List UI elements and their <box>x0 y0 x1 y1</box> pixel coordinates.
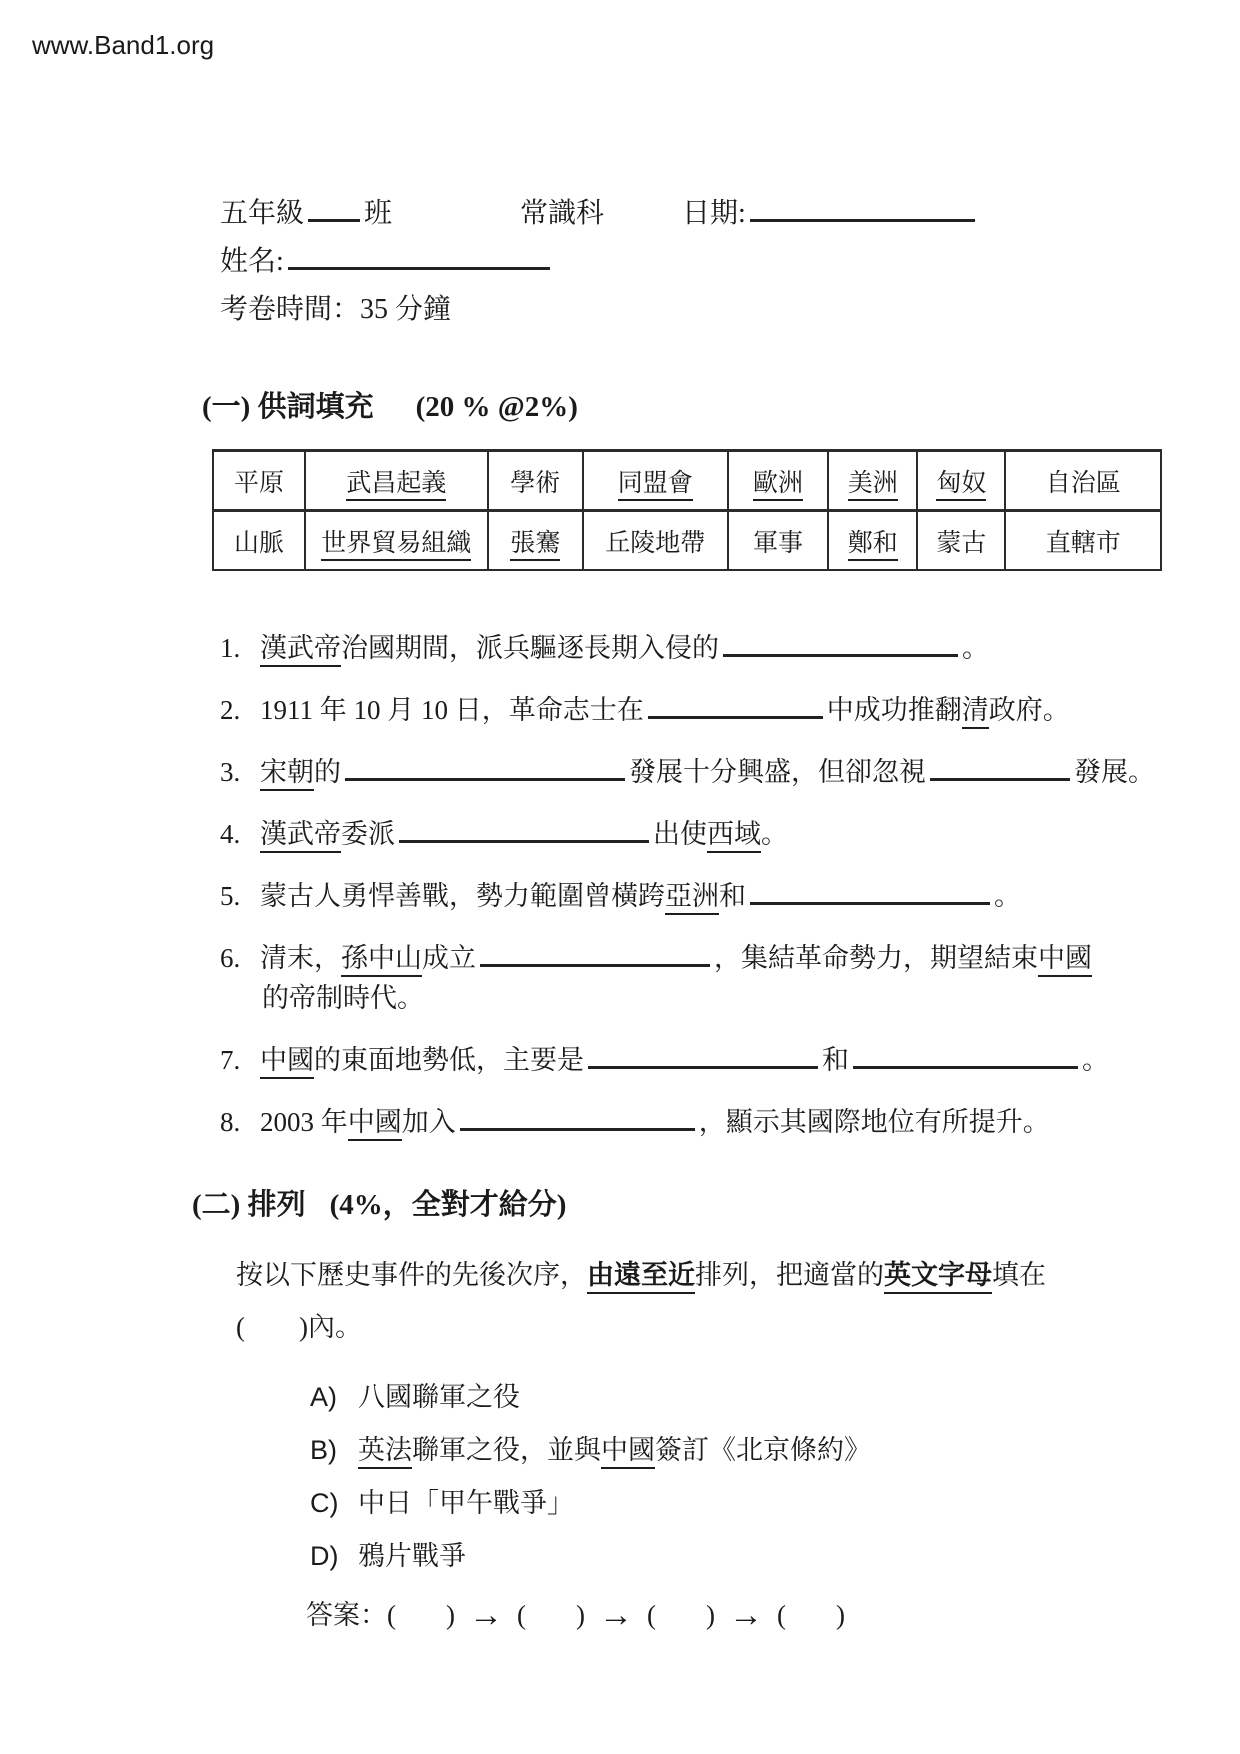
fill-blank <box>648 689 823 719</box>
question-list: 1.漢武帝治國期間，派兵驅逐長期入侵的。 2.1911 年 10 月 10 日，… <box>220 627 1180 1142</box>
word-bank-row: 平原 武昌起義 學術 同盟會 歐洲 美洲 匈奴 自治區 <box>213 451 1161 511</box>
word-bank-table: 平原 武昌起義 學術 同盟會 歐洲 美洲 匈奴 自治區 山脈 世界貿易組織 張騫… <box>212 449 1162 571</box>
subject-label: 常識科 <box>520 198 604 229</box>
question-continuation: 的帝制時代。 <box>262 978 1180 1018</box>
question-text: 清末， <box>260 943 341 973</box>
fill-blank <box>588 1039 818 1069</box>
question-text: 。 <box>962 633 989 663</box>
arrow-icon: → <box>469 1597 503 1634</box>
question-row: 2.1911 年 10 月 10 日，革命志士在中成功推翻清政府。 <box>220 689 1180 730</box>
section1-heading: (一) 供詞填充(20 % @2%) <box>202 384 1180 425</box>
word-bank-cell: 鄭和 <box>828 511 917 571</box>
class-fill-blank <box>308 191 360 222</box>
word: 同盟會 <box>618 470 693 501</box>
answer-line: 答案：()→()→()→() <box>306 1593 1180 1635</box>
name-fill-blank <box>288 239 550 270</box>
paren-close: ) <box>706 1600 715 1630</box>
paren-close: ) <box>446 1600 455 1630</box>
word-bank-cell: 同盟會 <box>583 451 728 511</box>
word: 世界貿易組織 <box>321 530 471 561</box>
word: 平原 <box>234 470 284 497</box>
option-row: D)鴉片戰爭 <box>310 1530 1180 1583</box>
word-bank-cell: 歐洲 <box>728 451 828 511</box>
question-text: ，集結革命勢力，期望結束 <box>714 943 1038 973</box>
question-text: 的東面地勢低，主要是 <box>314 1045 584 1075</box>
term: 清 <box>962 695 989 729</box>
word-bank-cell: 直轄市 <box>1005 511 1161 571</box>
date-fill-blank <box>750 191 975 222</box>
word: 張騫 <box>510 530 560 561</box>
term: 亞洲 <box>665 881 719 915</box>
fill-blank <box>723 627 958 657</box>
question-number: 6. <box>220 938 260 978</box>
word: 直轄市 <box>1046 530 1121 557</box>
instruction-text: 排列，把適當的 <box>695 1260 884 1290</box>
term: 中國 <box>348 1107 402 1141</box>
question-row: 3.宋朝的發展十分興盛，但卻忽視發展。 <box>220 751 1180 792</box>
question-row: 5.蒙古人勇悍善戰，勢力範圍曾橫跨亞洲和。 <box>220 875 1180 916</box>
word-bank-cell: 丘陵地帶 <box>583 511 728 571</box>
duration-label: 考卷時間：35 分鐘 <box>220 294 451 325</box>
term: 西域 <box>707 819 761 853</box>
question-number: 4. <box>220 814 260 854</box>
word-bank-cell: 學術 <box>488 451 583 511</box>
option-term: 英法 <box>358 1435 412 1469</box>
option-label: D) <box>310 1530 358 1583</box>
header-line-2: 姓名: <box>220 238 1180 286</box>
option-row: A)八國聯軍之役 <box>310 1371 1180 1424</box>
section1-score: (20 % @2%) <box>416 391 578 423</box>
question-number: 3. <box>220 752 260 792</box>
option-text: 八國聯軍之役 <box>358 1382 520 1412</box>
word: 鄭和 <box>848 530 898 561</box>
term: 漢武帝 <box>260 633 341 667</box>
question-text: ，顯示其國際地位有所提升。 <box>699 1107 1050 1137</box>
question-row: 4.漢武帝委派出使西域。 <box>220 813 1180 854</box>
word: 學術 <box>510 470 560 497</box>
question-text: 。 <box>761 819 788 849</box>
option-text: 鴉片戰爭 <box>358 1541 466 1571</box>
paren-open: ( <box>777 1600 786 1630</box>
word-bank-cell: 世界貿易組織 <box>305 511 488 571</box>
watermark: www.Band1.org <box>32 30 214 61</box>
term: 宋朝 <box>260 757 314 791</box>
header-line-3: 考卷時間：35 分鐘 <box>220 286 1180 334</box>
section2-instruction: 按以下歷史事件的先後次序，由遠至近排列，把適當的英文字母填在 ( )內。 <box>236 1249 1180 1353</box>
question-text: 成立 <box>422 943 476 973</box>
option-text: 中日「甲午戰爭」 <box>358 1488 574 1518</box>
name-label: 姓名: <box>220 246 284 277</box>
word-bank-cell: 軍事 <box>728 511 828 571</box>
arrow-icon: → <box>729 1597 763 1634</box>
instruction-text: 填在 <box>992 1260 1046 1290</box>
option-row: C)中日「甲午戰爭」 <box>310 1477 1180 1530</box>
word: 軍事 <box>753 530 803 557</box>
option-text: 簽訂《北京條約》 <box>655 1435 871 1465</box>
option-label: B) <box>310 1424 358 1477</box>
paren-open: ( <box>517 1600 526 1630</box>
instruction-term: 英文字母 <box>884 1260 992 1294</box>
paren-close: ) <box>836 1600 845 1630</box>
word: 匈奴 <box>936 470 986 501</box>
word-bank-cell: 山脈 <box>213 511 305 571</box>
question-row: 7.中國的東面地勢低，主要是和。 <box>220 1039 1180 1080</box>
question-text: 出使 <box>653 819 707 849</box>
word-bank-row: 山脈 世界貿易組織 張騫 丘陵地帶 軍事 鄭和 蒙古 直轄市 <box>213 511 1161 571</box>
term: 孫中山 <box>341 943 422 977</box>
question-number: 1. <box>220 628 260 668</box>
term: 漢武帝 <box>260 819 341 853</box>
question-row: 8.2003 年中國加入，顯示其國際地位有所提升。 <box>220 1101 1180 1142</box>
section1-title: (一) 供詞填充 <box>202 391 374 423</box>
answer-slot: () <box>647 1600 715 1630</box>
question-text: 的 <box>314 757 341 787</box>
word: 歐洲 <box>753 470 803 501</box>
option-label: C) <box>310 1477 358 1530</box>
question-text: 發展十分興盛，但卻忽視 <box>629 757 926 787</box>
question-row: 1.漢武帝治國期間，派兵驅逐長期入侵的。 <box>220 627 1180 668</box>
question-text: 1911 年 10 月 10 日，革命志士在 <box>260 695 644 725</box>
word: 武昌起義 <box>346 470 446 501</box>
word: 山脈 <box>234 530 284 557</box>
term: 中國 <box>260 1045 314 1079</box>
answer-slot: () <box>517 1600 585 1630</box>
question-text: 治國期間，派兵驅逐長期入侵的 <box>341 633 719 663</box>
term: 中國 <box>1038 943 1092 977</box>
question-text: 2003 年 <box>260 1107 348 1137</box>
question-text: 。 <box>1082 1045 1109 1075</box>
question-text: 和 <box>822 1045 849 1075</box>
option-text: 聯軍之役，並與 <box>412 1435 601 1465</box>
question-text: 和 <box>719 881 746 911</box>
question-number: 7. <box>220 1040 260 1080</box>
option-term: 中國 <box>601 1435 655 1469</box>
answer-slot: () <box>777 1600 845 1630</box>
class-suffix: 班 <box>364 198 392 229</box>
section2-title: (二) 排列 <box>192 1189 306 1221</box>
instruction-line-2: ( )內。 <box>236 1301 1180 1353</box>
fill-blank <box>480 937 710 967</box>
fill-blank <box>930 751 1070 781</box>
fill-blank <box>345 751 625 781</box>
word: 丘陵地帶 <box>605 530 705 557</box>
question-text: 政府。 <box>989 695 1070 725</box>
fill-blank <box>460 1101 695 1131</box>
fill-blank <box>399 813 649 843</box>
question-number: 5. <box>220 876 260 916</box>
answer-label: 答案： <box>306 1600 387 1630</box>
word-bank-cell: 匈奴 <box>917 451 1005 511</box>
instruction-text: 按以下歷史事件的先後次序， <box>236 1260 587 1290</box>
exam-content: 五年級班常識科日期: 姓名: 考卷時間：35 分鐘 (一) 供詞填充(20 % … <box>220 190 1180 1635</box>
section2-heading: (二) 排列(4%，全對才給分) <box>192 1182 1180 1223</box>
word: 蒙古 <box>936 530 986 557</box>
option-list: A)八國聯軍之役 B)英法聯軍之役，並與中國簽訂《北京條約》 C)中日「甲午戰爭… <box>310 1371 1180 1583</box>
word-bank-cell: 平原 <box>213 451 305 511</box>
question-number: 8. <box>220 1102 260 1142</box>
question-text: 加入 <box>402 1107 456 1137</box>
paren-open: ( <box>387 1600 396 1630</box>
word-bank-cell: 自治區 <box>1005 451 1161 511</box>
paren-close: ) <box>576 1600 585 1630</box>
question-text: 中成功推翻 <box>827 695 962 725</box>
word-bank-cell: 美洲 <box>828 451 917 511</box>
option-row: B)英法聯軍之役，並與中國簽訂《北京條約》 <box>310 1424 1180 1477</box>
answer-slot: () <box>387 1600 455 1630</box>
exam-paper-page: www.Band1.org 五年級班常識科日期: 姓名: 考卷時間：35 分鐘 … <box>0 0 1240 1754</box>
header-line-1: 五年級班常識科日期: <box>220 190 1180 238</box>
section2-score: (4%，全對才給分) <box>330 1189 567 1221</box>
question-text: 發展。 <box>1074 757 1155 787</box>
question-text: 。 <box>994 881 1021 911</box>
word-bank-cell: 武昌起義 <box>305 451 488 511</box>
question-text: 委派 <box>341 819 395 849</box>
paren-open: ( <box>647 1600 656 1630</box>
word: 自治區 <box>1046 470 1121 497</box>
fill-blank <box>750 875 990 905</box>
grade-label: 五年級 <box>220 198 304 229</box>
instruction-term: 由遠至近 <box>587 1260 695 1294</box>
date-label: 日期: <box>682 198 746 229</box>
arrow-icon: → <box>599 1597 633 1634</box>
word-bank-cell: 蒙古 <box>917 511 1005 571</box>
question-text: 蒙古人勇悍善戰，勢力範圍曾橫跨 <box>260 881 665 911</box>
fill-blank <box>853 1039 1078 1069</box>
word-bank-cell: 張騫 <box>488 511 583 571</box>
question-number: 2. <box>220 690 260 730</box>
option-label: A) <box>310 1371 358 1424</box>
question-row: 6.清末，孫中山成立，集結革命勢力，期望結束中國 的帝制時代。 <box>220 937 1180 1018</box>
word: 美洲 <box>848 470 898 501</box>
